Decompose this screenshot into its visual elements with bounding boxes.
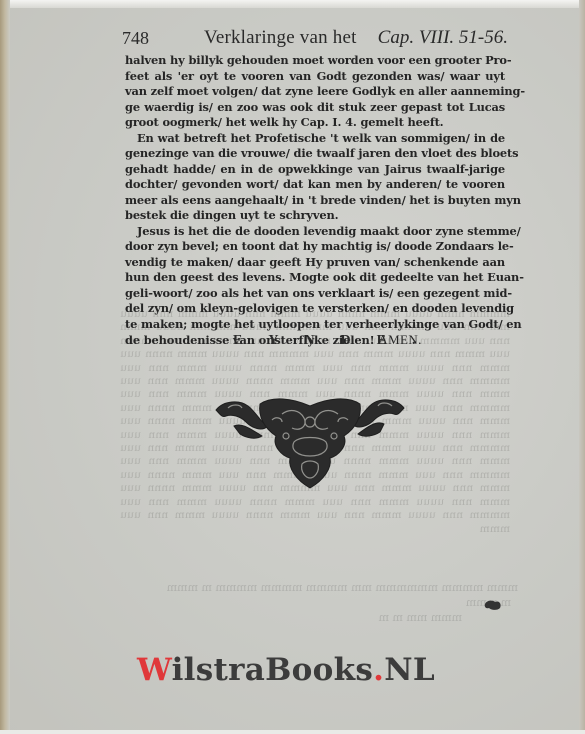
- scanned-book-page: mmmm nnnn uuuu mmm nnnn uuuu mmm nnn uuu…: [0, 0, 585, 734]
- watermark-dot: .: [373, 652, 384, 688]
- paragraph-start-line: En wat betreft het Profetische 't welk v…: [125, 131, 505, 147]
- text-line: hun den geest des levens. Mogte ook dit …: [125, 270, 505, 286]
- show-through-footnote-texture: mmm mmmm mmmmmm mm mmmm mmmm mmmm m mmm …: [128, 580, 518, 625]
- text-line: vendig te maken/ daar geeft Hy pruven va…: [125, 255, 505, 271]
- paragraph-start-line: Jesus is het die de dooden levendig maak…: [125, 224, 505, 240]
- text-line: geli-woort/ zoo als het van ons verklaar…: [125, 286, 505, 302]
- running-title: Verklaringe van het: [204, 27, 357, 49]
- paper-left-edge: [0, 0, 10, 734]
- running-header: 748 Verklaringe van het Cap. VIII. 51-56…: [122, 24, 508, 50]
- text-line: gehadt hadde/ en in de opwekkinge van Ja…: [125, 162, 505, 178]
- end-marker: EYNDE.: [233, 333, 442, 349]
- watermark-initial: W: [137, 652, 172, 688]
- watermark-brand: ilstraBooks: [172, 652, 374, 688]
- text-line: bestek die dingen uyt te schryven.: [125, 208, 505, 224]
- watermark-logo: WilstraBooks.NL: [137, 652, 435, 688]
- ink-smudge-icon: [483, 598, 503, 612]
- text-line: meer als eens aangehaalt/ in 't brede vi…: [125, 193, 505, 209]
- text-line: genezinge van die vrouwe/ die twaalf jar…: [125, 146, 505, 162]
- watermark-tld: NL: [384, 652, 435, 688]
- chapter-reference: Cap. VIII. 51-56.: [378, 27, 508, 49]
- text-line: feet als 'er oyt te vooren van Godt gezo…: [125, 69, 505, 85]
- text-line: ge waerdig is/ en zoo was ook dit stuk z…: [125, 100, 505, 116]
- text-line: halven hy billyk gehouden moet worden vo…: [125, 53, 505, 69]
- text-line: door zyn bevel; en toont dat hy machtig …: [125, 239, 505, 255]
- text-line: van zelf moet volgen/ dat zyne leere God…: [125, 84, 505, 100]
- text-line: groot oogmerk/ het welk hy Cap. I. 4. ge…: [125, 115, 505, 131]
- text-line: del zyn/ om kleyn-gelovigen te versterke…: [125, 301, 505, 317]
- printers-ornament-icon: [212, 392, 408, 492]
- paper-right-edge: [579, 0, 585, 734]
- page-number: 748: [122, 28, 149, 49]
- paper-bottom-edge: [0, 730, 585, 734]
- paper-top-edge: [0, 0, 585, 8]
- body-text: halven hy billyk gehouden moet worden vo…: [125, 53, 505, 349]
- text-line: dochter/ gevonden wort/ dat kan men by a…: [125, 177, 505, 193]
- text-line: te maken; mogte het uytloopen ter verhee…: [125, 317, 505, 333]
